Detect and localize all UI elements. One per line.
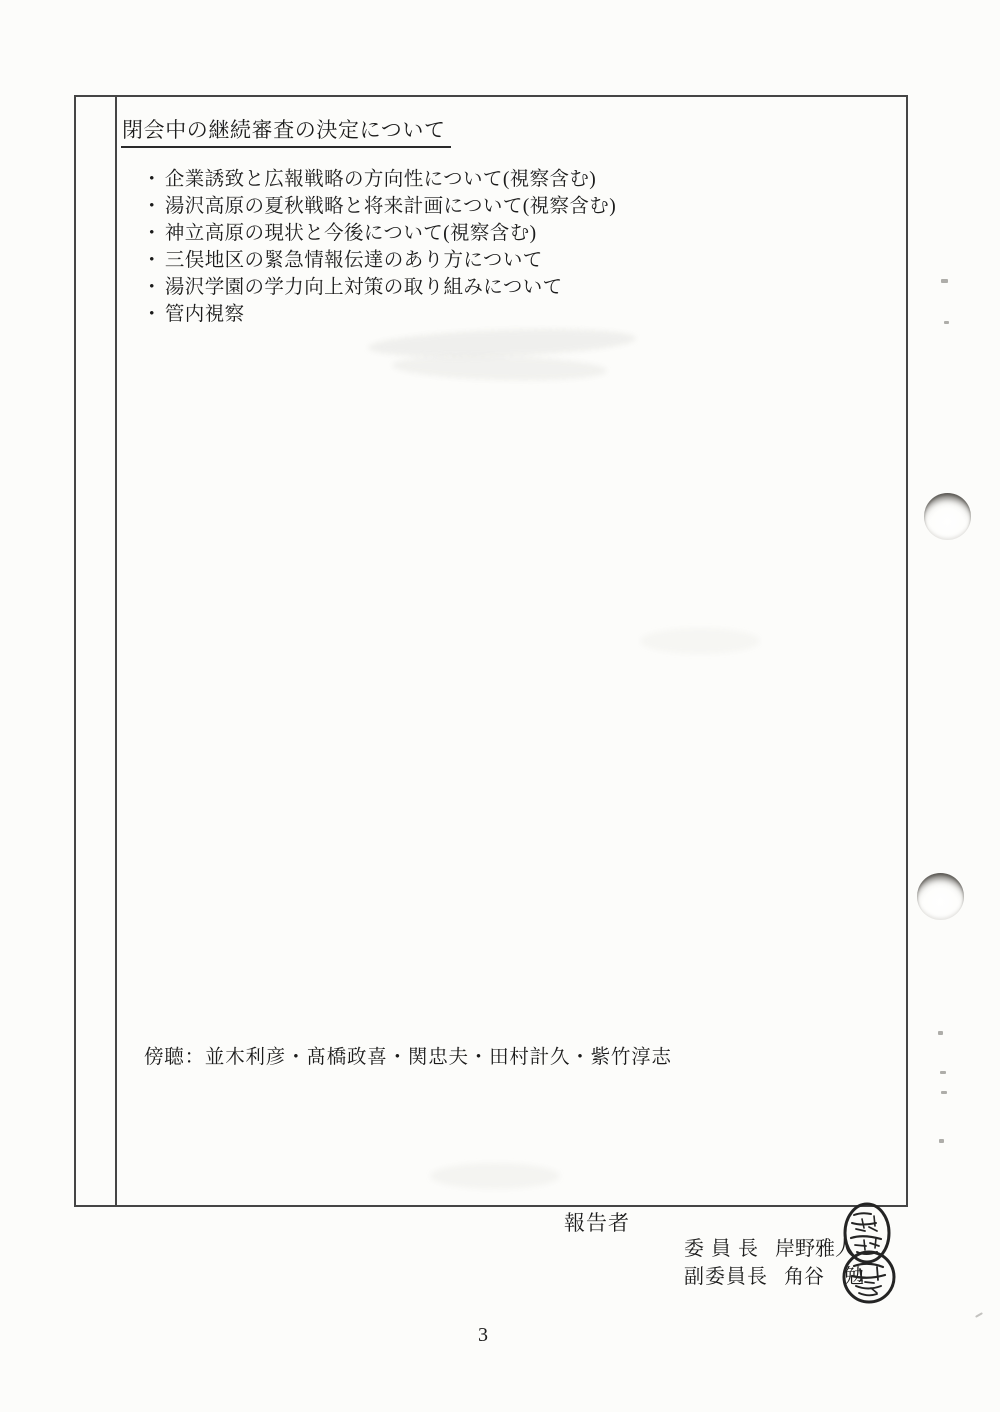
agenda-item: ・ 神立高原の現状と今後について(視察含む) — [142, 220, 616, 247]
vice-chairman-seal-icon — [844, 1252, 894, 1302]
agenda-item-text: 湯沢高原の夏秋戦略と将来計画について(視察含む) — [165, 193, 616, 220]
observers-label: 傍聴： — [144, 1047, 205, 1068]
agenda-list: ・ 企業誘致と広報戦略の方向性について(視察含む) ・ 湯沢高原の夏秋戦略と将来… — [142, 166, 616, 328]
scan-speck — [975, 1312, 983, 1318]
agenda-item-text: 湯沢学園の学力向上対策の取り組みについて — [165, 274, 563, 301]
bullet-icon: ・ — [142, 301, 162, 328]
scan-speck — [944, 321, 949, 324]
observers-line: 傍聴：並木利彦・髙橋政喜・関忠夫・田村計久・紫竹淳志 — [144, 1041, 672, 1069]
agenda-item-text: 神立高原の現状と今後について(視察含む) — [165, 220, 537, 247]
page-number: 3 — [463, 1324, 503, 1347]
punch-hole-icon — [924, 493, 971, 540]
reporter-label: 報告者 — [564, 1207, 630, 1237]
scan-speck — [941, 279, 948, 283]
bullet-icon: ・ — [142, 274, 162, 301]
agenda-item: ・ 湯沢学園の学力向上対策の取り組みについて — [142, 274, 616, 301]
vice-chairman-role: 副委員長 — [684, 1266, 768, 1288]
punch-hole-icon — [917, 873, 964, 920]
form-left-column — [76, 97, 117, 1205]
bullet-icon: ・ — [142, 193, 162, 220]
bullet-icon: ・ — [142, 247, 162, 274]
seal-stamps — [836, 1196, 908, 1315]
agenda-item-text: 管内視察 — [165, 301, 245, 328]
scanned-document-page: { "page": { "page_number": "3", "backgro… — [0, 0, 1000, 1412]
agenda-item-text: 企業誘致と広報戦略の方向性について(視察含む) — [165, 166, 596, 193]
chairman-signature-line: 委 員 長岸野雅人 — [684, 1232, 855, 1261]
agenda-item-text: 三俣地区の緊急情報伝達のあり方について — [165, 247, 543, 274]
bullet-icon: ・ — [142, 220, 162, 247]
document-title: 閉会中の継続審査の決定について — [121, 114, 451, 148]
chairman-role: 委 員 長 — [684, 1238, 759, 1260]
scan-speck — [941, 1091, 947, 1094]
agenda-item: ・ 三俣地区の緊急情報伝達のあり方について — [142, 247, 616, 274]
agenda-item: ・ 企業誘致と広報戦略の方向性について(視察含む) — [142, 166, 616, 193]
scan-speck — [940, 1071, 946, 1074]
scan-speck — [938, 1031, 943, 1035]
bullet-icon: ・ — [142, 166, 162, 193]
agenda-item: ・ 湯沢高原の夏秋戦略と将来計画について(視察含む) — [142, 193, 616, 220]
scan-speck — [939, 1139, 944, 1143]
agenda-item: ・ 管内視察 — [142, 301, 616, 328]
observers-names: 並木利彦・髙橋政喜・関忠夫・田村計久・紫竹淳志 — [205, 1047, 672, 1068]
